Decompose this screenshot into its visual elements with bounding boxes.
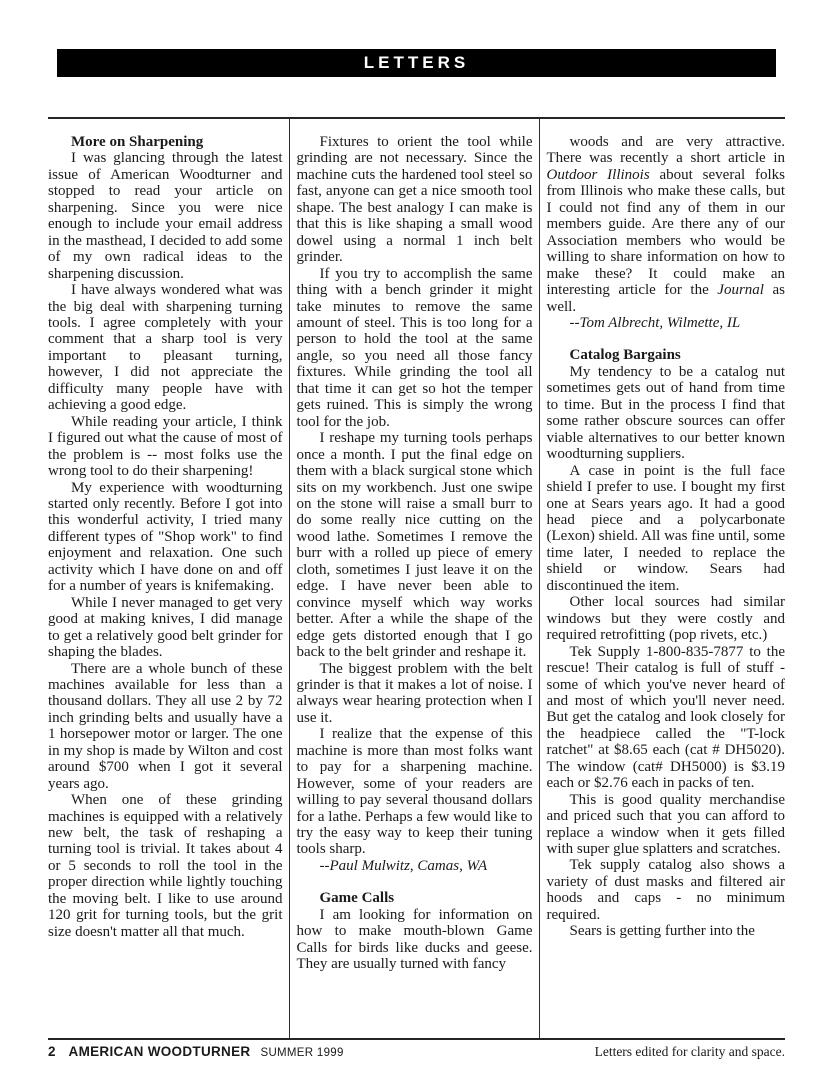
footer-rule <box>48 1038 785 1040</box>
letter-heading: Catalog Bargains <box>547 347 786 363</box>
letter-heading: Game Calls <box>297 890 533 906</box>
publication-title: Journal <box>717 282 764 298</box>
paragraph: While I never managed to get very good a… <box>48 595 283 661</box>
editing-note: Letters edited for clarity and space. <box>595 1044 785 1060</box>
paragraph: Fixtures to orient the tool while grindi… <box>297 134 533 266</box>
paragraph: Tek supply catalog also shows a variety … <box>547 857 786 923</box>
letter-signature: --Tom Albrecht, Wilmette, IL <box>547 315 786 331</box>
paragraph: Other local sources had similar windows … <box>547 594 786 643</box>
text-segment: about several folks from Illinois who ma… <box>547 167 786 298</box>
paragraph: woods and are very attractive. There was… <box>547 134 786 315</box>
paragraph: I am looking for information on how to m… <box>297 907 533 973</box>
paragraph: Sears is getting further into the <box>547 923 786 939</box>
letter-signature: --Paul Mulwitz, Camas, WA <box>297 858 533 874</box>
paragraph: I was glancing through the latest issue … <box>48 150 283 282</box>
column-1: More on Sharpening I was glancing throug… <box>48 119 290 1038</box>
page-footer: 2 AMERICAN WOODTURNER SUMMER 1999 Letter… <box>48 1044 785 1060</box>
letters-page: LETTERS More on Sharpening I was glancin… <box>0 0 831 1092</box>
text-segment: woods and are very attractive. There was… <box>547 134 786 166</box>
section-header-bar: LETTERS <box>57 49 776 77</box>
footer-publication-info: 2 AMERICAN WOODTURNER SUMMER 1999 <box>48 1044 344 1059</box>
paragraph: While reading your article, I think I fi… <box>48 414 283 480</box>
paragraph: This is good quality merchandise and pri… <box>547 792 786 858</box>
publication-title: Outdoor Illinois <box>547 167 650 183</box>
paragraph: I realize that the expense of this machi… <box>297 726 533 858</box>
paragraph: I have always wondered what was the big … <box>48 282 283 414</box>
paragraph: A case in point is the full face shield … <box>547 463 786 595</box>
paragraph: There are a whole bunch of these machine… <box>48 661 283 793</box>
paragraph: I reshape my turning tools perhaps once … <box>297 430 533 660</box>
column-layout: More on Sharpening I was glancing throug… <box>48 119 785 1038</box>
paragraph: When one of these grinding machines is e… <box>48 792 283 940</box>
paragraph: The biggest problem with the belt grinde… <box>297 661 533 727</box>
column-2: Fixtures to orient the tool while grindi… <box>290 119 540 1038</box>
paragraph: Tek Supply 1-800-835-7877 to the rescue!… <box>547 644 786 792</box>
paragraph: If you try to accomplish the same thing … <box>297 266 533 431</box>
paragraph: My experience with woodturning started o… <box>48 480 283 595</box>
paragraph: My tendency to be a catalog nut sometime… <box>547 364 786 463</box>
page-number: 2 <box>48 1044 56 1059</box>
section-title: LETTERS <box>364 53 469 73</box>
magazine-name: AMERICAN WOODTURNER <box>69 1044 251 1059</box>
column-3: woods and are very attractive. There was… <box>540 119 786 1038</box>
letter-heading: More on Sharpening <box>48 134 283 150</box>
issue-date: SUMMER 1999 <box>260 1047 343 1059</box>
